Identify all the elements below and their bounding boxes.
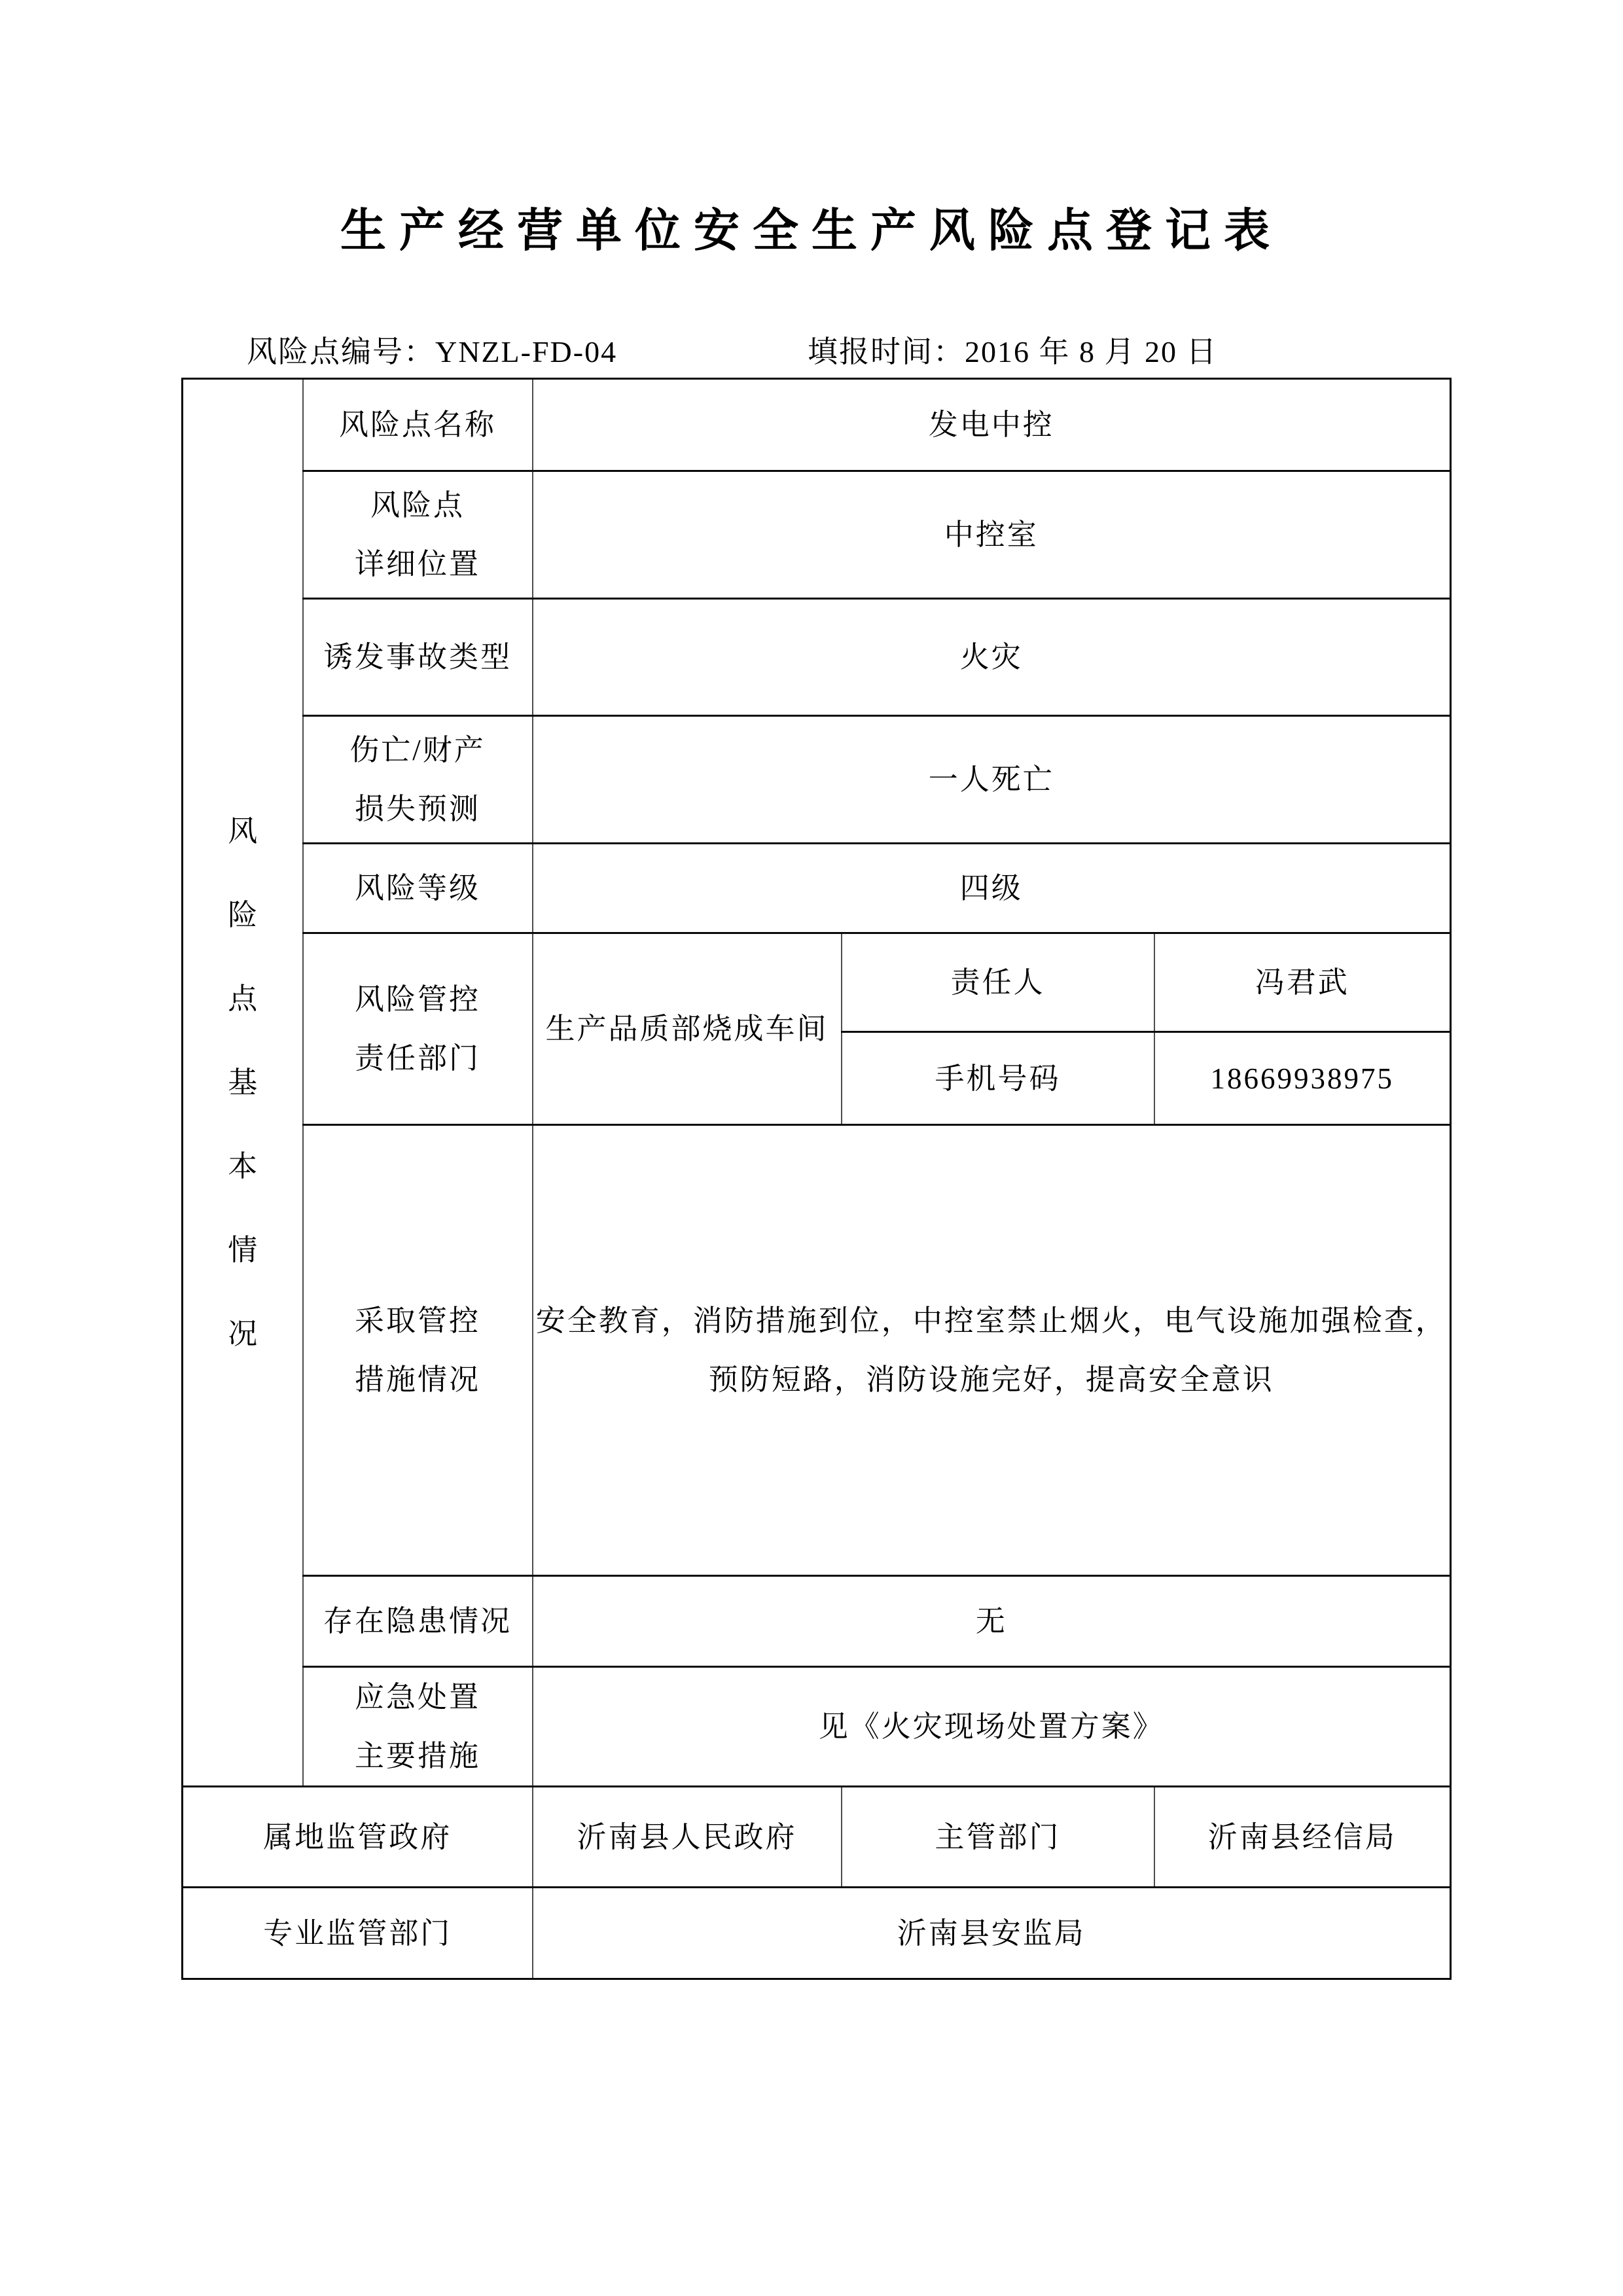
cell-responsible-value: 冯君武 (1154, 933, 1451, 1032)
section-header-basic-info-label: 风险点基本情况 (226, 789, 259, 1376)
page-title: 生产经营单位安全生产风险点登记表 (0, 204, 1623, 259)
risk-point-table: 风险点基本情况 风险点名称 发电中控 风险点 详细位置 中控室 诱发事故类型 火… (181, 378, 1452, 1980)
row-control-dept: 风险管控 责任部门 生产品质部烧成车间 责任人 冯君武 (183, 933, 1451, 1032)
cell-measures-label: 采取管控 措施情况 (303, 1125, 533, 1576)
row-measures: 采取管控 措施情况 安全教育，消防措施到位，中控室禁止烟火，电气设施加强检查，预… (183, 1125, 1451, 1576)
cell-loss-forecast-value: 一人死亡 (533, 716, 1451, 844)
cell-supervisor-dept-label: 主管部门 (842, 1787, 1154, 1888)
row-accident-type: 诱发事故类型 火灾 (183, 599, 1451, 716)
cell-professional-dept-label: 专业监管部门 (183, 1888, 533, 1979)
cell-local-gov-label: 属地监管政府 (183, 1787, 533, 1888)
fill-date: 填报时间：2016 年 8 月 20 日 (808, 331, 1218, 373)
cell-professional-dept-value: 沂南县安监局 (533, 1888, 1451, 1979)
row-location: 风险点 详细位置 中控室 (183, 471, 1451, 599)
fill-date-value: 2016 年 8 月 20 日 (965, 335, 1218, 368)
cell-hazards-label: 存在隐患情况 (303, 1576, 533, 1667)
cell-phone-label: 手机号码 (842, 1032, 1154, 1125)
cell-location-value: 中控室 (533, 471, 1451, 599)
risk-point-number-label: 风险点编号： (247, 335, 435, 368)
cell-emergency-value: 见《火灾现场处置方案》 (533, 1667, 1451, 1787)
risk-point-number: 风险点编号：YNZL-FD-04 (247, 331, 617, 373)
cell-phone-value: 18669938975 (1154, 1032, 1451, 1125)
cell-hazards-value: 无 (533, 1576, 1451, 1667)
row-hazards: 存在隐患情况 无 (183, 1576, 1451, 1667)
cell-risk-level-label: 风险等级 (303, 844, 533, 933)
cell-accident-type-value: 火灾 (533, 599, 1451, 716)
cell-location-label: 风险点 详细位置 (303, 471, 533, 599)
fill-date-label: 填报时间： (808, 335, 965, 368)
row-loss-forecast: 伤亡/财产 损失预测 一人死亡 (183, 716, 1451, 844)
cell-control-dept-value: 生产品质部烧成车间 (533, 933, 842, 1125)
cell-local-gov-value: 沂南县人民政府 (533, 1787, 842, 1888)
row-professional-dept: 专业监管部门 沂南县安监局 (183, 1888, 1451, 1979)
cell-supervisor-dept-value: 沂南县经信局 (1154, 1787, 1451, 1888)
cell-name-label: 风险点名称 (303, 379, 533, 471)
cell-emergency-label: 应急处置 主要措施 (303, 1667, 533, 1787)
cell-control-dept-label: 风险管控 责任部门 (303, 933, 533, 1125)
row-name: 风险点基本情况 风险点名称 发电中控 (183, 379, 1451, 471)
row-emergency: 应急处置 主要措施 见《火灾现场处置方案》 (183, 1667, 1451, 1787)
cell-loss-forecast-label: 伤亡/财产 损失预测 (303, 716, 533, 844)
risk-point-number-value: YNZL-FD-04 (435, 335, 617, 368)
row-local-gov: 属地监管政府 沂南县人民政府 主管部门 沂南县经信局 (183, 1787, 1451, 1888)
cell-name-value: 发电中控 (533, 379, 1451, 471)
cell-accident-type-label: 诱发事故类型 (303, 599, 533, 716)
row-risk-level: 风险等级 四级 (183, 844, 1451, 933)
cell-responsible-label: 责任人 (842, 933, 1154, 1032)
subtitle-row: 风险点编号：YNZL-FD-04 填报时间：2016 年 8 月 20 日 (0, 331, 1623, 373)
cell-risk-level-value: 四级 (533, 844, 1451, 933)
cell-measures-value: 安全教育，消防措施到位，中控室禁止烟火，电气设施加强检查，预防短路，消防设施完好… (533, 1125, 1451, 1576)
section-header-basic-info: 风险点基本情况 (183, 379, 303, 1787)
document-page: 生产经营单位安全生产风险点登记表 风险点编号：YNZL-FD-04 填报时间：2… (0, 0, 1623, 2296)
